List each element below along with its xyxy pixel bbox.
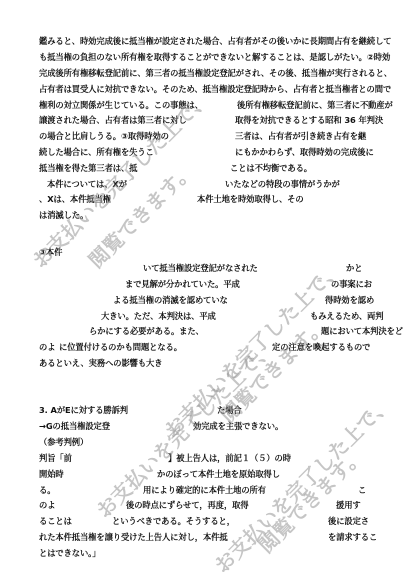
text-line-segment: に位置付けるのかも問題となる。 — [59, 342, 182, 352]
text-line-segment: 、Xは、本件抵当権 — [39, 194, 111, 204]
text-line-segment: 定の注意を喚起するもので — [272, 342, 370, 352]
text-line-segment: 権利の対立関係が生じている。この事態は、 — [39, 100, 203, 110]
text-line-segment: 得時効を認め — [325, 295, 374, 305]
text-line-segment: の場合と比肩しうる。③取得時効の — [39, 131, 169, 141]
text-line-segment: 後所有権移転登記前に、第三者に不動産が — [237, 100, 393, 110]
text-line-segment: 本件については、Xが — [47, 179, 127, 189]
text-line-segment: を請求するこ — [328, 532, 377, 542]
text-line-segment: る。 — [39, 485, 55, 495]
text-line-segment: 効完成を主張できない。 — [193, 421, 283, 431]
text-line-segment: 3. AがEに対する勝訴判 — [39, 405, 128, 415]
text-line-segment: 援用す — [336, 500, 361, 510]
text-line-segment: よる抵当権の消滅を認めていな — [113, 295, 228, 305]
text-line-segment: 後に設定さ — [328, 516, 369, 526]
text-line-segment: いて抵当権設定登記がなされた — [143, 263, 258, 273]
text-line-segment: 取得を対抗できるとする昭和 36 年判決 — [235, 115, 383, 125]
text-line-segment: にもかかわらず、取得時効の完成後に — [235, 147, 374, 157]
text-line-segment: ことは不均衡である。 — [230, 163, 312, 173]
text-line-segment: 後の時点にずらせて，再度，取得 — [126, 500, 249, 510]
text-line-segment: れた本件抵当権を譲り受けた上告人に対し，本件抵 — [39, 532, 228, 542]
text-line-segment: まで見解が分かれていた。平成 — [125, 279, 240, 289]
text-line-segment: 本件土地を時効取得し、その — [197, 194, 304, 204]
text-line-segment: 完成後所有権移転登記前に、第三者の抵当権設定登記がされ、その後、抵当権が実行され… — [39, 68, 392, 78]
text-line-segment: いたなどの特段の事情がうかが — [225, 179, 340, 189]
text-line-segment: のよ — [39, 342, 55, 352]
text-line-segment: →Gの抵当権設定登 — [39, 421, 110, 431]
text-line-segment: 判旨「前 — [39, 453, 72, 463]
text-line-segment: 占有者は買受人に対抗できない。そのため、抵当権設定登記時から、占有者と抵当権者と… — [39, 84, 391, 94]
text-line-segment: 三者は、占有者が引き続き占有を継 — [235, 131, 366, 141]
text-line-segment: ③本件 — [39, 247, 62, 257]
text-line-segment: 譲渡された場合、占有者は第三者に対し — [39, 115, 187, 125]
text-line-segment: 抵当権を得た第三者は、抵 — [39, 163, 137, 173]
text-line-segment: も抵当権の負担のない所有権を取得することができないと解することは、是認しがたい。… — [39, 52, 390, 62]
document-page: 鑑みると、時効完成後に抵当権が設定された場合、占有者がその後いかに長期間占有を継… — [0, 0, 410, 580]
text-line-segment: のよ — [39, 500, 55, 510]
text-line-segment: とはできない。」 — [39, 548, 100, 558]
watermark: 閲覧できます。 — [84, 159, 197, 272]
text-line-segment: らかにする必要がある。また、 — [89, 326, 204, 336]
text-line-segment: た場合 — [217, 405, 242, 415]
text-line-segment: の事案にお — [331, 279, 372, 289]
text-line-segment: 】被上告人は，前記１（５）の時 — [168, 453, 291, 463]
text-line-segment: かと — [346, 263, 362, 273]
text-line-segment: 開始時 — [39, 469, 64, 479]
text-line-segment: 用により確定的に本件土地の所有 — [143, 485, 266, 495]
text-line-segment: （参考判例） — [39, 437, 88, 447]
text-line-segment: かのぼって本件土地を原始取得し — [157, 469, 280, 479]
text-line-segment: 続した場合に、所有権を失うこ — [39, 147, 154, 157]
text-line-segment: あるといえ、実務への影響も大き — [39, 358, 162, 368]
text-line-segment: もみえるため、両判 — [310, 311, 383, 321]
text-line-segment: ることは — [39, 516, 72, 526]
text-line-segment: こ — [358, 485, 366, 495]
text-line-segment: というべきである。そうすると， — [112, 516, 235, 526]
text-line-segment: 鑑みると、時効完成後に抵当権が設定された場合、占有者がその後いかに長期間占有を継… — [39, 36, 391, 46]
text-line-segment: 題において本判決をど — [321, 326, 403, 336]
text-line-segment: は消滅した。 — [39, 210, 88, 220]
text-line-segment: 大きい。ただ、本判決は、平成 — [101, 311, 216, 321]
